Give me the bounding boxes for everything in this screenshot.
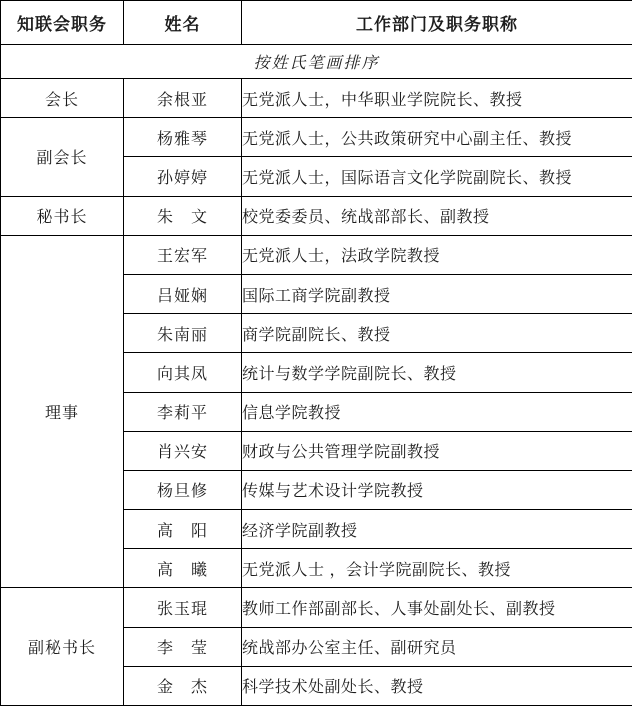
name-cell: 杨旦修: [124, 470, 242, 509]
name-cell: 高 曦: [124, 549, 242, 588]
position-cell: 会长: [1, 79, 124, 118]
member-row: 副秘书长张玉琨教师工作部副部长、人事处副处长、副教授: [1, 588, 632, 627]
member-row: 理事王宏军无党派人士，法政学院教授: [1, 235, 632, 274]
roster-table: 知联会职务姓名工作部门及职务职称 按姓氏笔画排序会长余根亚无党派人士，中华职业学…: [0, 0, 632, 706]
name-cell: 王宏军: [124, 235, 242, 274]
title-cell: 无党派人士，中华职业学院院长、教授: [242, 79, 632, 118]
name-cell: 余根亚: [124, 79, 242, 118]
name-cell: 朱南丽: [124, 314, 242, 353]
table-header: 知联会职务姓名工作部门及职务职称: [1, 1, 632, 45]
name-cell: 孙婷婷: [124, 157, 242, 196]
column-header-2: 工作部门及职务职称: [242, 1, 632, 45]
name-cell: 肖兴安: [124, 431, 242, 470]
name-cell: 张玉琨: [124, 588, 242, 627]
title-cell: 商学院副院长、教授: [242, 314, 632, 353]
name-cell: 杨雅琴: [124, 118, 242, 157]
position-cell: 副秘书长: [1, 588, 124, 706]
title-cell: 国际工商学院副教授: [242, 275, 632, 314]
title-cell: 无党派人士 ，会计学院副院长、教授: [242, 549, 632, 588]
member-row: 秘书长朱 文校党委委员、统战部部长、副教授: [1, 196, 632, 235]
header-row: 知联会职务姓名工作部门及职务职称: [1, 1, 632, 45]
position-cell: 副会长: [1, 118, 124, 196]
member-row: 副会长杨雅琴无党派人士，公共政策研究中心副主任、教授: [1, 118, 632, 157]
position-cell: 秘书长: [1, 196, 124, 235]
title-cell: 科学技术处副处长、教授: [242, 666, 632, 705]
column-header-0: 知联会职务: [1, 1, 124, 45]
name-cell: 朱 文: [124, 196, 242, 235]
member-row: 会长余根亚无党派人士，中华职业学院院长、教授: [1, 79, 632, 118]
name-cell: 李 莹: [124, 627, 242, 666]
title-cell: 传媒与艺术设计学院教授: [242, 470, 632, 509]
sort-note-row: 按姓氏笔画排序: [1, 45, 632, 79]
title-cell: 校党委委员、统战部部长、副教授: [242, 196, 632, 235]
title-cell: 无党派人士，法政学院教授: [242, 235, 632, 274]
name-cell: 李莉平: [124, 392, 242, 431]
name-cell: 高 阳: [124, 510, 242, 549]
title-cell: 无党派人士，国际语言文化学院副院长、教授: [242, 157, 632, 196]
column-header-1: 姓名: [124, 1, 242, 45]
position-cell: 理事: [1, 235, 124, 588]
title-cell: 经济学院副教授: [242, 510, 632, 549]
title-cell: 无党派人士，公共政策研究中心副主任、教授: [242, 118, 632, 157]
title-cell: 统计与数学学院副院长、教授: [242, 353, 632, 392]
name-cell: 向其凤: [124, 353, 242, 392]
title-cell: 信息学院教授: [242, 392, 632, 431]
table-body: 按姓氏笔画排序会长余根亚无党派人士，中华职业学院院长、教授副会长杨雅琴无党派人士…: [1, 45, 632, 706]
title-cell: 教师工作部副部长、人事处副处长、副教授: [242, 588, 632, 627]
name-cell: 吕娅娴: [124, 275, 242, 314]
title-cell: 财政与公共管理学院副教授: [242, 431, 632, 470]
title-cell: 统战部办公室主任、副研究员: [242, 627, 632, 666]
name-cell: 金 杰: [124, 666, 242, 705]
sort-note-cell: 按姓氏笔画排序: [1, 45, 632, 79]
